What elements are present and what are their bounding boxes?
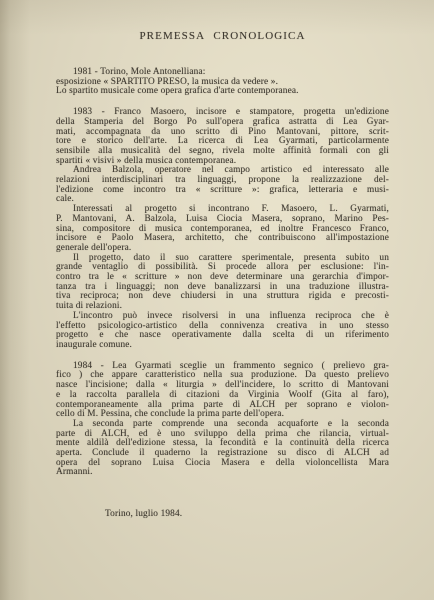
body-text: 1981 - Torino, Mole Antonelliana:esposiz… bbox=[56, 68, 389, 478]
text-line: Armanni. bbox=[56, 468, 389, 478]
entry-1984-paragraph-2: La seconda parte comprende una seconda a… bbox=[56, 420, 389, 478]
entry-1983-paragraph-3: Interessati al progetto si incontrano F.… bbox=[56, 205, 389, 254]
text-column: PREMESSA CRONOLOGICA 1981 - Torino, Mole… bbox=[56, 0, 389, 520]
entry-1981: 1981 - Torino, Mole Antonelliana:esposiz… bbox=[56, 68, 389, 97]
entry-1983-paragraph-4: Il progetto, dato il suo carattere speri… bbox=[56, 254, 389, 312]
entry-1983-paragraph-1: 1983 - Franco Masoero, incisore e stampa… bbox=[56, 108, 389, 166]
text-line: inaugurale comune. bbox=[56, 341, 389, 351]
text-line: Lo spartito musicale come opera grafica … bbox=[56, 87, 389, 97]
text-line: opera del soprano Luisa Ciocia Masera e … bbox=[56, 459, 389, 469]
colophon: Torino, luglio 1984. bbox=[105, 509, 389, 520]
scanned-book-page: PREMESSA CRONOLOGICA 1981 - Torino, Mole… bbox=[0, 0, 434, 600]
entry-1983-paragraph-5: L'incontro può invece risolversi in una … bbox=[56, 312, 389, 351]
entry-1983-paragraph-2: Andrea Balzola, operatore nel campo arti… bbox=[56, 166, 389, 205]
entry-1984-paragraph-1: 1984 - Lea Gyarmati sceglie un frammento… bbox=[56, 362, 389, 420]
text-line: l'edizione come incontro tra « scritture… bbox=[56, 186, 389, 196]
page-title: PREMESSA CRONOLOGICA bbox=[56, 30, 389, 42]
